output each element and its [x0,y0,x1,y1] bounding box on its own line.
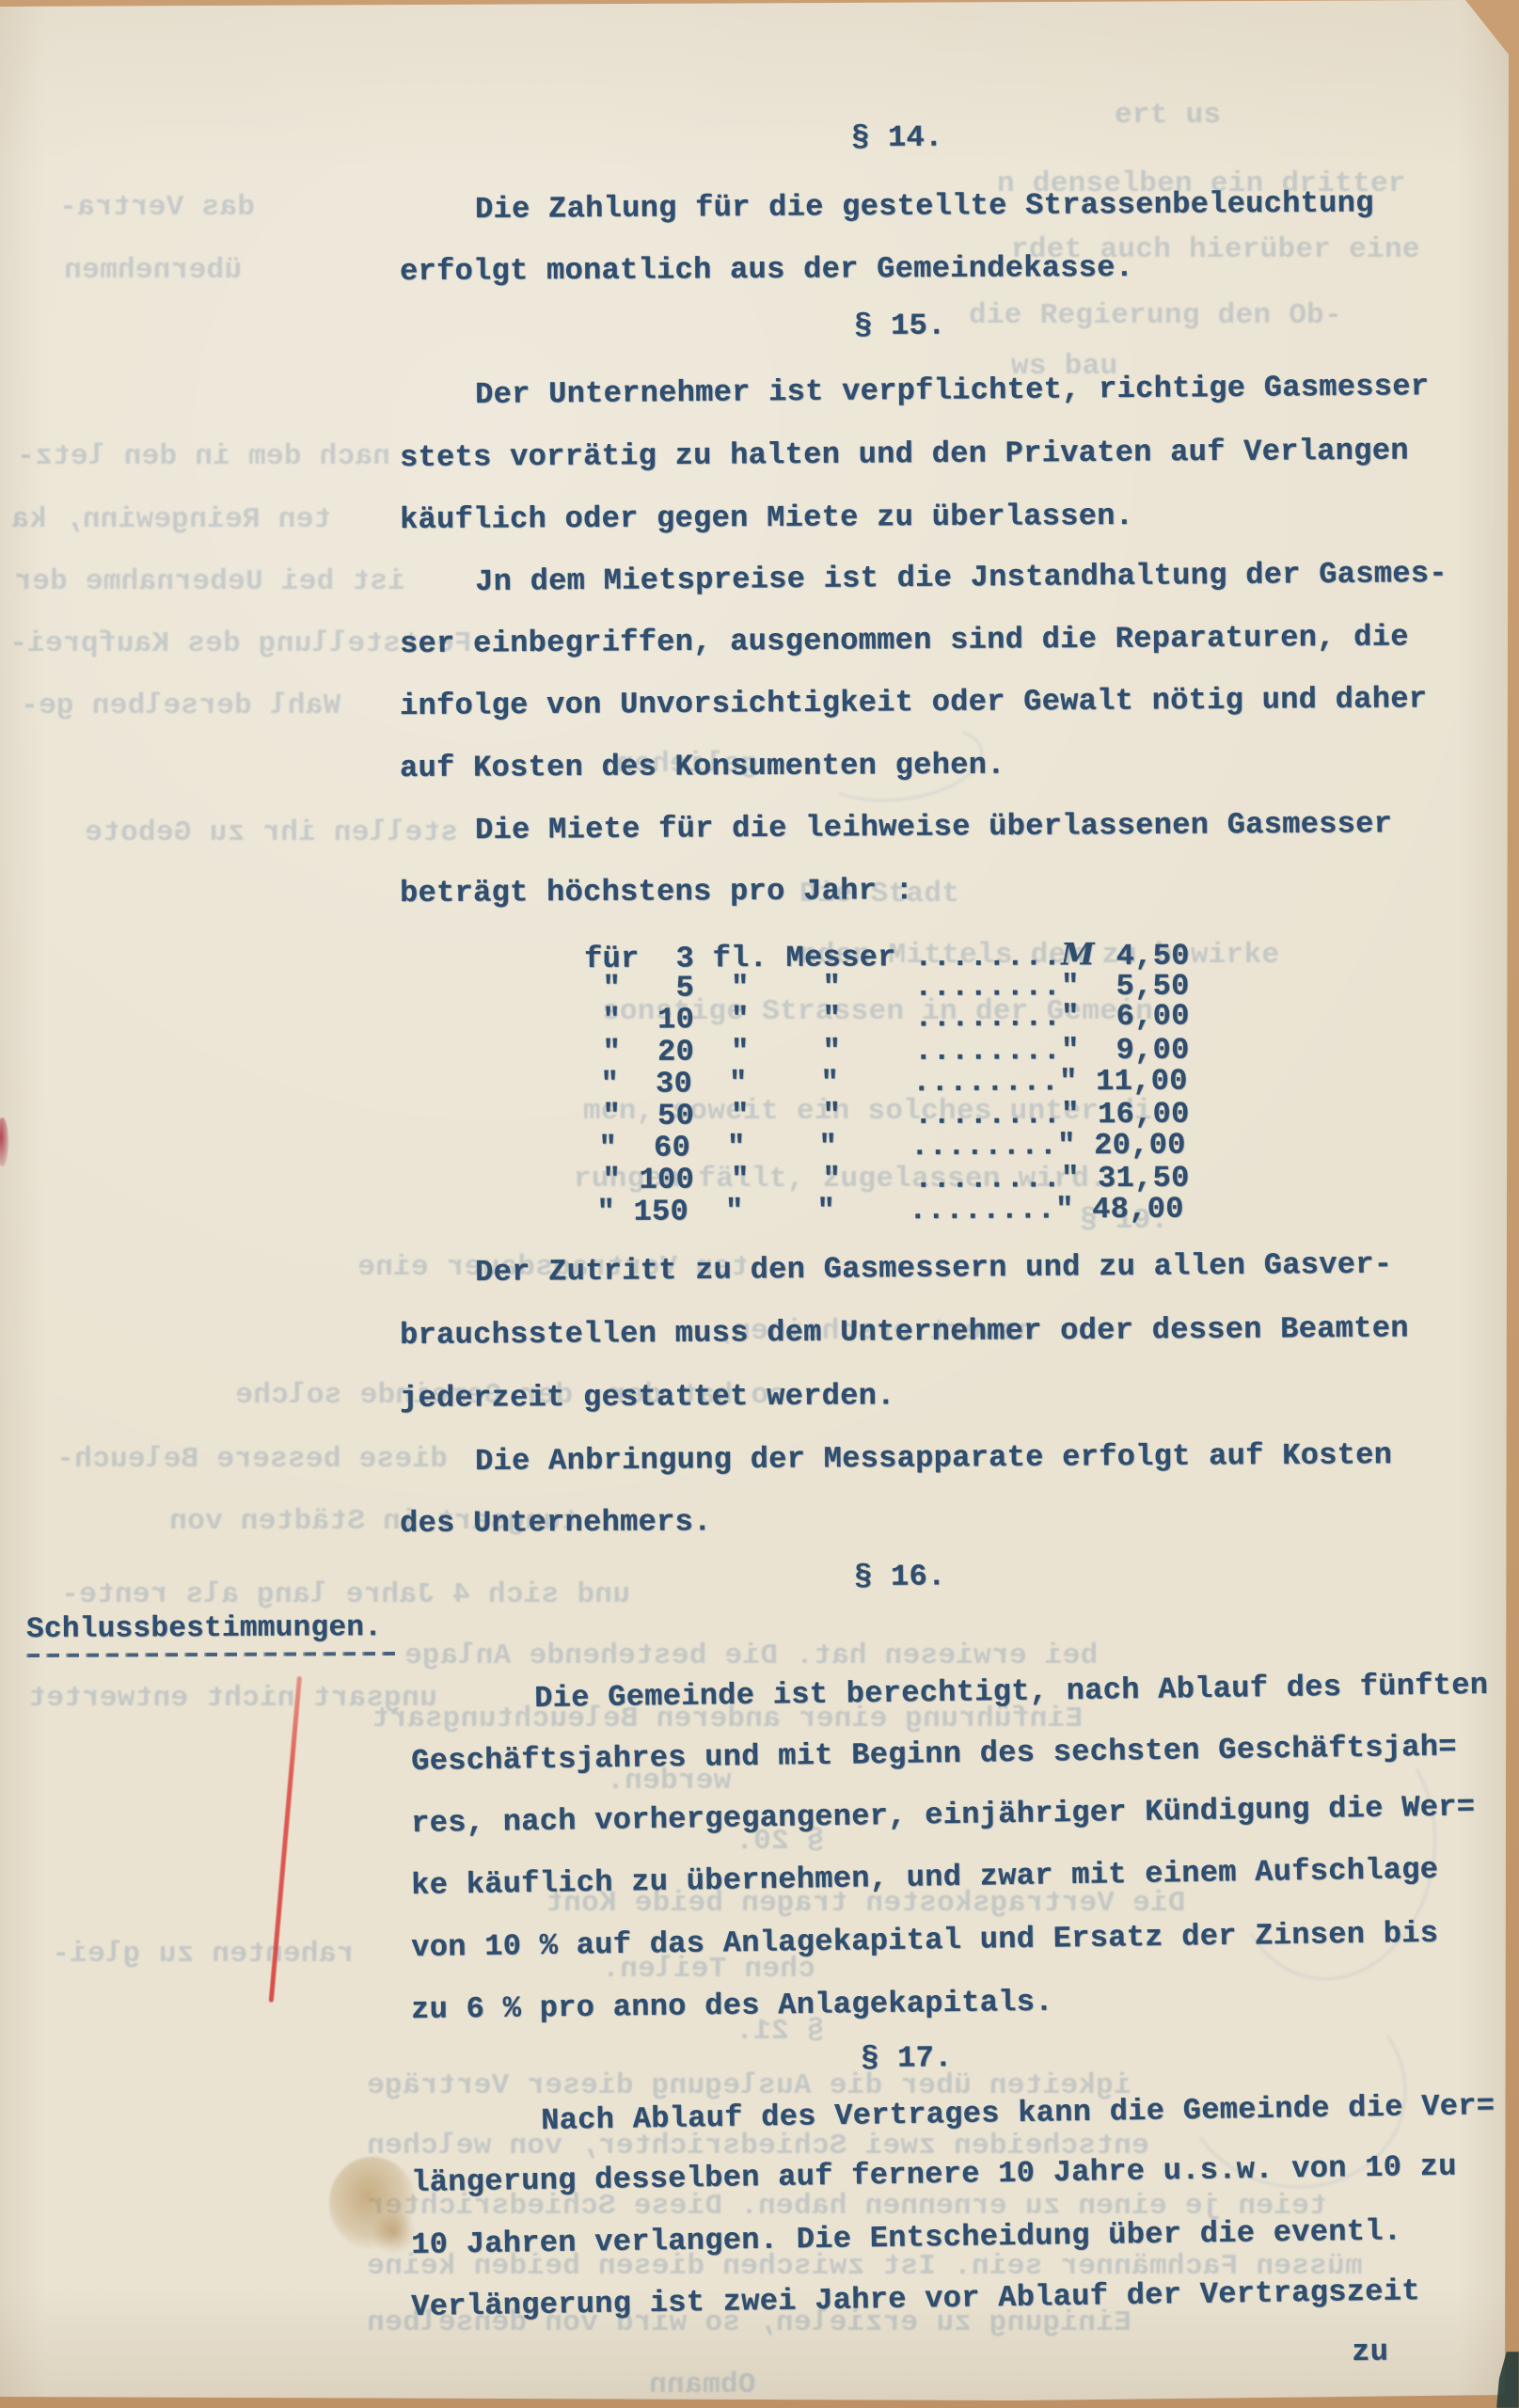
section-heading: § 17. [861,2042,953,2075]
typed-line: käuflich oder gegen Miete zu überlassen. [400,500,1133,536]
typed-line: stets vorrätig zu halten und den Private… [400,436,1409,474]
bleedthrough-text: rahenten zu glei- [52,1938,354,1971]
typed-line: erfolgt monatlich aus der Gemeindekasse. [400,252,1133,288]
typed-line: infolge von Unvorsichtigkeit oder Gewalt… [400,683,1427,722]
typed-line: des Unternehmers. [400,1506,712,1540]
typed-line: Die Anbringung der Messapparate erfolgt … [475,1439,1392,1478]
typed-line: beträgt höchstens pro Jahr : [400,875,913,910]
price-table-row: " 10 " " ........" 6,00 [584,1001,1190,1037]
bleedthrough-text: diese bessere Beleuch- [56,1443,448,1476]
typed-line: Die Zahlung für die gestellte Strassenbe… [475,187,1374,226]
typed-line: zu 6 % pro anno des Anlagekapitals. [411,1987,1053,2026]
section-heading: § 15. [854,309,946,342]
typed-line: zu [1352,2336,1388,2368]
price-table-row: " 150 " " ........" 48,00 [578,1194,1184,1228]
section-heading: § 16. [854,1560,946,1593]
margin-heading: Schlussbestimmungen. [26,1612,382,1646]
typed-line: auf Kosten des Konsumenten gehen. [400,750,1005,784]
paper-stain-small [372,2210,417,2254]
bleedthrough-text: bei erwiesen hat. Die bestehende Anlage [404,1640,1098,1672]
scan-background: { "page": {"width": 1615, "height": 2560… [0,0,1519,2408]
mark-currency-symbol: M [1061,938,1080,970]
bleedthrough-text: das Vertra- [59,191,255,224]
bleedthrough-text: die Regierung den Ob- [969,299,1342,332]
bleedthrough-text: ist bei Uebernahme der [14,565,405,598]
typed-line: Die Miete für die leihweise überlassenen… [475,808,1392,847]
bleedthrough-text: ten Reingewinn, ka [11,503,331,536]
bleedthrough-text: nach dem in den letz- [17,440,390,473]
bleedthrough-text: ert us [1115,99,1221,132]
bleedthrough-text: und sich 4 Jahre lang als rente- [61,1578,630,1611]
bleedthrough-text: stellen ihr zu Gebote [85,816,458,849]
bleedthrough-text: Obmann [649,2368,755,2401]
bleedthrough-text: Wahl derselben ge- [21,689,340,722]
typed-line: jederzeit gestattet werden. [400,1380,895,1415]
typed-line: Der Zutritt zu den Gasmessern und zu all… [475,1248,1392,1289]
price-table-row: " 60 " " ........" 20,00 [580,1130,1186,1164]
typed-line: ser einbegriffen, ausgenommen sind die R… [400,622,1409,660]
section-heading: § 14. [851,121,943,154]
price-table-row: " 30 " " ........" 11,00 [582,1066,1188,1101]
typed-line: brauchsstellen muss dem Unternehmer oder… [400,1313,1409,1352]
bleedthrough-text: übernehmen [64,254,242,287]
